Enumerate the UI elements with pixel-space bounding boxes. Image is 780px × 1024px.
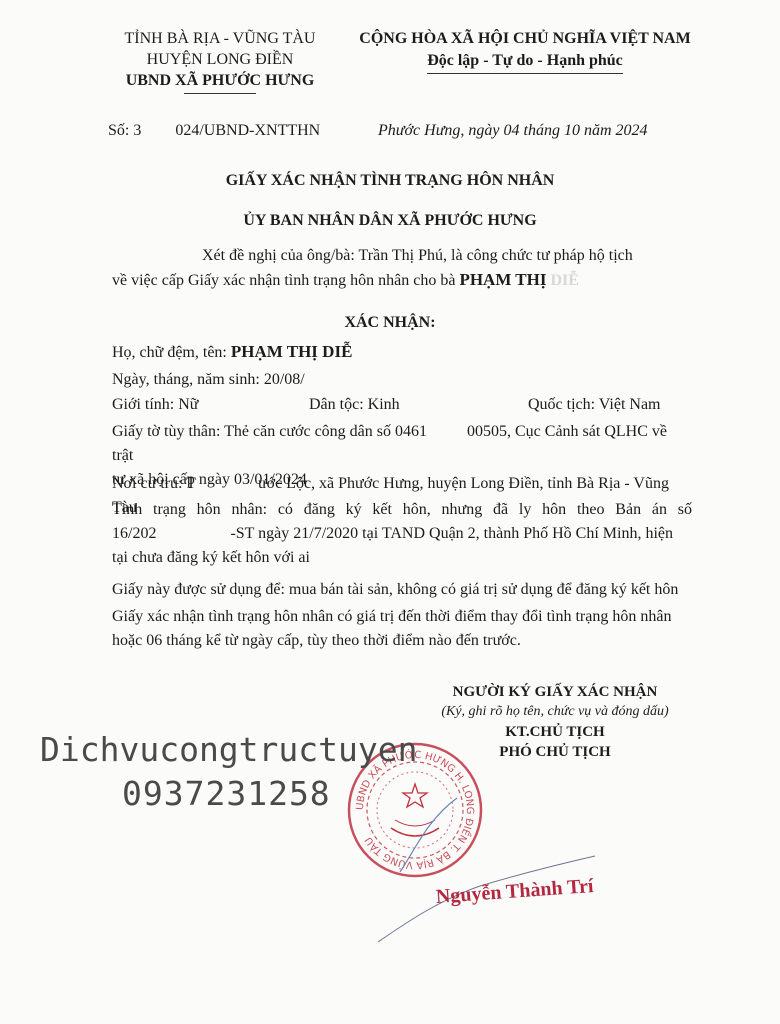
national-motto: Độc lập - Tự do - Hạnh phúc [427,50,623,74]
id-number-start: Giấy tờ tùy thân: Thẻ căn cước công dân … [112,423,427,440]
nationality: Quốc tịch: Việt Nam [528,396,661,414]
residence-start: Nơi cư trú: T [112,475,196,492]
watermark-phone: 0937231258 [40,772,460,816]
signature-note: (Ký, ghi rõ họ tên, chức vụ và đóng dấu) [405,702,705,722]
validity-line-1: Giấy xác nhận tình trạng hôn nhân có giá… [112,605,692,629]
confirm-heading: XÁC NHẬN: [0,314,780,332]
redacted-name: DIỄ [547,272,579,289]
applicant-name-intro: PHẠM THỊ [459,270,546,289]
ethnicity: Dân tộc: Kinh [309,396,528,414]
name-value: PHẠM THỊ DIỄ [231,342,353,361]
intro-line-1: Xét đề nghị của ông/bà: Trần Thị Phú, là… [112,244,692,268]
dob-value: 20/08/ [264,371,305,388]
province-name: TỈNH BÀ RỊA - VŨNG TÀU [100,28,340,49]
document-number-suffix: 024/UBND-XNTTHN [175,122,320,139]
dob-row: Ngày, tháng, năm sinh: 20/08/ [112,368,692,392]
national-header: CỘNG HÒA XÃ HỘI CHỦ NGHĨA VIỆT NAM Độc l… [335,28,715,74]
district-name: HUYỆN LONG ĐIỀN [100,49,340,70]
header-underline [184,93,256,94]
judgment-details: -ST ngày 21/7/2020 tại TAND Quận 2, thàn… [230,525,673,542]
purpose-row: Giấy này được sử dụng để: mua bán tài sả… [112,578,692,602]
validity-paragraph: Giấy xác nhận tình trạng hôn nhân có giá… [112,605,692,653]
judgment-number-start: 16/202 [112,525,156,542]
document-title: GIẤY XÁC NHẬN TÌNH TRẠNG HÔN NHÂN [0,172,780,190]
marital-status-line-1: Tình trạng hôn nhân: có đăng ký kết hôn,… [112,498,692,522]
issuing-authority-header: TỈNH BÀ RỊA - VŨNG TÀU HUYỆN LONG ĐIỀN U… [100,28,340,94]
applicant-name-row: Họ, chữ đệm, tên: PHẠM THỊ DIỄ [112,340,692,365]
watermark-service-name: Dichvucongtructuyen [40,728,460,772]
marital-status-paragraph: Tình trạng hôn nhân: có đăng ký kết hôn,… [112,498,692,570]
gender: Giới tính: Nữ [112,396,309,414]
intro-paragraph: Xét đề nghị của ông/bà: Trần Thị Phú, là… [112,244,692,293]
name-label: Họ, chữ đệm, tên: [112,344,231,361]
place-and-date: Phước Hưng, ngày 04 tháng 10 năm 2024 [378,122,648,140]
issuer-name: ỦY BAN NHÂN DÂN XÃ PHƯỚC HƯNG [0,212,780,230]
dob-label: Ngày, tháng, năm sinh: [112,371,264,388]
document-number: Số: 3024/UBND-XNTTHN [108,122,320,140]
validity-line-2: hoặc 06 tháng kể từ ngày cấp, tùy theo t… [112,629,692,653]
commune-committee-name: UBND XÃ PHƯỚC HƯNG [100,70,340,91]
intro-line-2: về việc cấp Giấy xác nhận tình trạng hôn… [112,272,459,289]
demographics-row: Giới tính: Nữ Dân tộc: Kinh Quốc tịch: V… [112,396,692,414]
signature-heading: NGƯỜI KÝ GIẤY XÁC NHẬN [405,682,705,702]
marital-status-line-3: tại chưa đăng ký kết hôn với ai [112,546,692,570]
watermark: Dichvucongtructuyen 0937231258 [40,728,460,816]
country-name: CỘNG HÒA XÃ HỘI CHỦ NGHĨA VIỆT NAM [335,28,715,50]
document-number-prefix: Số: 3 [108,122,141,139]
